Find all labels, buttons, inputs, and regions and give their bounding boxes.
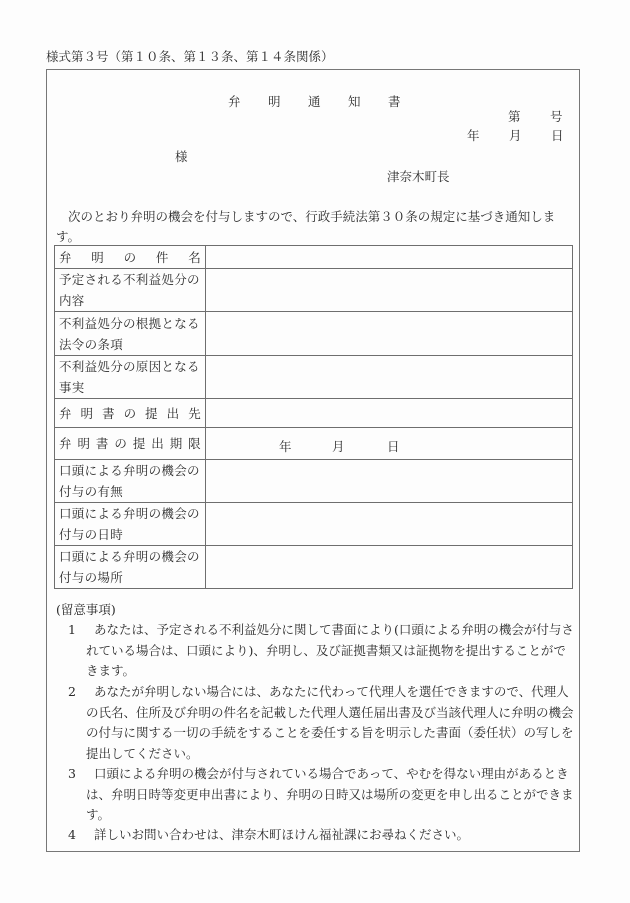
row-label-legal-basis: 不利益処分の根拠となる法令の条項 (55, 312, 206, 356)
row-label-planned-action: 予定される不利益処分の内容 (55, 269, 206, 312)
title-char: 通 (308, 92, 321, 110)
table-row: 不利益処分の根拠となる法令の条項 (55, 312, 573, 356)
row-label-oral-datetime: 口頭による弁明の機会の付与の日時 (55, 503, 206, 546)
table-row: 不利益処分の原因となる事実 (55, 356, 573, 399)
title-char: 書 (388, 92, 401, 110)
note-number: 2 (68, 682, 76, 703)
note-number: 4 (68, 825, 76, 846)
row-value-oral-datetime (206, 503, 573, 546)
row-value-case-name (206, 246, 573, 269)
note-text: 詳しいお問い合わせは、津奈木町ほけん福祉課にお尋ねください。 (68, 825, 576, 846)
row-label-cause-facts: 不利益処分の原因となる事実 (55, 356, 206, 399)
row-label-case-name: 弁 明 の 件 名 (55, 246, 206, 269)
note-text: あなたが弁明しない場合には、あなたに代わって代理人を選任できますので、代理人の氏… (68, 682, 576, 764)
note-item: 3 口頭による弁明の機会が付与されている場合であって、やむを得ない理由があるとき… (68, 764, 576, 826)
note-number: 3 (68, 764, 76, 785)
addressee-suffix: 様 (175, 151, 188, 164)
row-value-oral-location (206, 546, 573, 589)
date-year: 年 (467, 130, 480, 143)
notice-table: 弁 明 の 件 名 予定される不利益処分の内容 不利益処分の根拠となる法令の条項… (54, 245, 573, 589)
row-label-submission-deadline: 弁 明 書 の 提 出 期 限 (55, 428, 206, 460)
deadline-day: 日 (387, 437, 400, 455)
note-number: 1 (68, 620, 76, 641)
date-month: 月 (509, 130, 522, 143)
row-value-legal-basis (206, 312, 573, 356)
form-number-heading: 様式第３号（第１０条、第１３条、第１４条関係） (46, 51, 334, 64)
table-row: 予定される不利益処分の内容 (55, 269, 573, 312)
row-value-submission-deadline: 年 月 日 (206, 428, 573, 460)
table-row: 口頭による弁明の機会の付与の場所 (55, 546, 573, 589)
number-suffix: 号 (550, 111, 563, 124)
table-row: 弁 明 書 の 提 出 期 限 年 月 日 (55, 428, 573, 460)
title-char: 弁 (228, 92, 241, 110)
table-row: 口頭による弁明の機会の付与の日時 (55, 503, 573, 546)
note-item: 1 あなたは、予定される不利益処分に関して書面により(口頭による弁明の機会が付与… (68, 620, 576, 682)
row-label-submission-destination: 弁 明 書 の 提 出 先 (55, 399, 206, 428)
title-char: 明 (268, 92, 281, 110)
deadline-year: 年 (279, 437, 292, 455)
number-prefix: 第 (508, 111, 521, 124)
notes-heading: (留意事項) (56, 600, 116, 618)
row-value-submission-destination (206, 399, 573, 428)
title-char: 知 (348, 92, 361, 110)
deadline-month: 月 (332, 437, 345, 455)
table-row: 弁 明 の 件 名 (55, 246, 573, 269)
note-text: あなたは、予定される不利益処分に関して書面により(口頭による弁明の機会が付与され… (68, 620, 576, 682)
table-row: 口頭による弁明の機会の付与の有無 (55, 460, 573, 503)
intro-paragraph: 次のとおり弁明の機会を付与しますので、行政手続法第３０条の規定に基づき通知します… (56, 207, 576, 247)
row-label-oral-location: 口頭による弁明の機会の付与の場所 (55, 546, 206, 589)
row-label-oral-availability: 口頭による弁明の機会の付与の有無 (55, 460, 206, 503)
table-row: 弁 明 書 の 提 出 先 (55, 399, 573, 428)
row-value-oral-availability (206, 460, 573, 503)
note-text: 口頭による弁明の機会が付与されている場合であって、やむを得ない理由があるときは、… (68, 764, 576, 826)
note-item: 4 詳しいお問い合わせは、津奈木町ほけん福祉課にお尋ねください。 (68, 825, 576, 846)
row-value-planned-action (206, 269, 573, 312)
row-value-cause-facts (206, 356, 573, 399)
date-day: 日 (551, 130, 564, 143)
note-item: 2 あなたが弁明しない場合には、あなたに代わって代理人を選任できますので、代理人… (68, 682, 576, 764)
issuer-name: 津奈木町長 (387, 171, 450, 184)
